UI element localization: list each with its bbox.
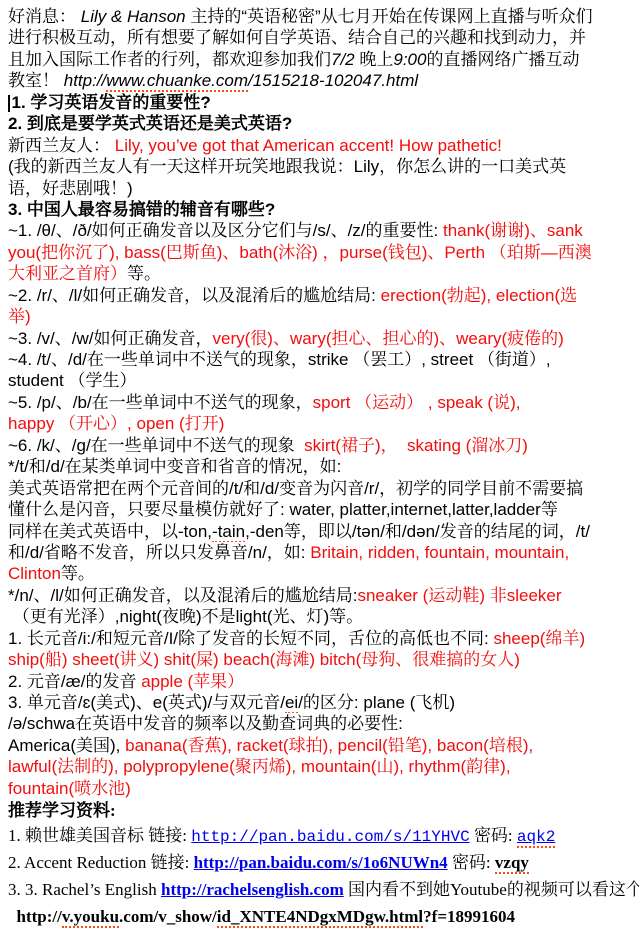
text-segment: very(很)、wary(担心、担心的)、weary(疲倦的) (213, 329, 564, 348)
n-l-note-line-2: （更有光泽）,night(夜晚)不是light(光、灯)等。 (8, 606, 639, 627)
text-segment: thank(谢谢)、sank (443, 221, 583, 240)
text-segment: 2. 元音/æ/的发音 (8, 672, 141, 691)
text-segment: id_XNTE4NDgxMDgw.html (217, 907, 423, 928)
text-segment: 晚上 (359, 50, 393, 69)
text-segment: Britain, ridden, fountain, mountain, (310, 543, 569, 562)
text-segment: 等。 (61, 564, 95, 583)
n-l-note-line-1: */n/、/l/如何正确发音，以及混淆后的尴尬结局:sneaker (运动鞋) … (8, 585, 639, 606)
text-segment: ,-den等，即以/tən/和/dən/发音的结尾的词，/t/ (245, 522, 590, 541)
flap-note-line-2: 懂什么是闪音，只要尽量模仿就好了: water, platter,interne… (8, 499, 639, 520)
text-segment: 1. 赖世雄美国音标 链接: (8, 826, 191, 845)
schwa-examples-line-2: lawful(法制的), polypropylene(聚丙烯), mountai… (8, 756, 639, 777)
consonant-item-2-line-1: ~2. /r/、/l/如何正确发音，以及混淆后的尴尬结局: erection(勃… (8, 285, 639, 306)
text-segment: ~5. /p/、/b/在一些单词中不送气的现象， (8, 393, 313, 412)
text-segment: .com/v_show/ (119, 907, 217, 926)
baidu-link-1[interactable]: http://pan.baidu.com/s/11YHVC (191, 828, 469, 846)
schwa-examples-line-3: fountain(喷水池) (8, 778, 639, 799)
text-segment: 的直播网络广播互动 (426, 50, 579, 69)
text-segment: sport （运动） , speak (说), (313, 393, 521, 412)
text-segment: 密码: (470, 826, 517, 845)
text-segment: lawful(法制的), polypropylene(聚丙烯), mountai… (8, 757, 511, 776)
text-segment: 好消息： (8, 7, 81, 26)
flap-note-line-1: 美式英语常把在两个元音间的/t/和/d/变音为闪音/r/，初学的同学目前不需要搞 (8, 478, 639, 499)
flap-note-line-5: Clinton等。 (8, 563, 639, 584)
document-body: 好消息： Lily & Hanson 主持的“英语秘密”从七月开始在传课网上直播… (8, 6, 639, 929)
flap-note-line-4: 和/d/省略不发音，所以只发鼻音/n/，如: Britain, ridden, … (8, 542, 639, 563)
text-segment: banana(香蕉), racket(球拍), pencil(铅笔), baco… (125, 736, 533, 755)
consonant-item-4-line-2: student （学生） (8, 370, 639, 391)
text-segment: (我的新西兰友人有一天这样开玩笑地跟我说：Lily，你怎么讲的一口美式英 (8, 157, 566, 176)
text-segment: 美式英语常把在两个元音间的/t/和/d/变音为闪音/r/，初学的同学目前不需要搞 (8, 479, 583, 498)
schwa-note: /ə/schwa在英语中发音的频率以及勤查词典的必要性: (8, 713, 639, 734)
text-segment: 1. 长元音/i:/和短元音/I/除了发音的长短不同，舌位的高低也不同: (8, 629, 493, 648)
text-segment: 2. Accent Reduction 链接: (8, 853, 194, 872)
text-segment: ?f=18991604 (423, 907, 515, 926)
consonant-item-1-line-3: 大利亚之首府）等。 (8, 263, 639, 284)
schwa-examples-line-1: America(美国), banana(香蕉), racket(球拍), pen… (8, 735, 639, 756)
consonant-item-6: ~6. /k/、/g/在一些单词中不送气的现象 skirt(裙子)， skati… (8, 435, 639, 456)
anecdote-quote: 新西兰友人： Lily, you’ve got that American ac… (8, 135, 639, 156)
text-segment: /ə/schwa在英语中发音的频率以及勤查词典的必要性: (8, 714, 403, 733)
text-segment: 新西兰友人： (8, 136, 115, 155)
consonant-item-1-line-1: ~1. /θ/、/ð/如何正确发音以及区分它们与/s/、/z/的重要性: tha… (8, 220, 639, 241)
text-segment: erection(勃起), election(选 (381, 286, 578, 305)
text-segment: 同样在美式英语中，以-ton, (8, 522, 212, 541)
text-segment: 3. 3. Rachel’s English (8, 880, 161, 899)
vowel-item-2: 2. 元音/æ/的发音 apple (苹果） (8, 671, 639, 692)
text-segment: 懂什么是闪音，只要尽量模仿就好了: water, platter,interne… (8, 500, 558, 519)
text-segment: ei (285, 693, 298, 713)
document-page: 好消息： Lily & Hanson 主持的“英语秘密”从七月开始在传课网上直播… (0, 0, 643, 929)
text-segment: 和/d/省略不发音，所以只发鼻音/n/，如: (8, 543, 310, 562)
text-segment: 主持的“英语秘密”从七月开始在传课网上直播与听众们 (190, 7, 592, 26)
question-3-heading: 3. 中国人最容易搞错的辅音有哪些? (8, 199, 639, 220)
text-segment: apple (苹果） (141, 672, 244, 691)
rachels-english-link[interactable]: http://rachelsenglish.com (161, 880, 344, 899)
text-segment: you(把你沉了), bass(巴斯鱼)、bath(沐浴) ，purse(钱包)… (8, 243, 592, 262)
resource-1: 1. 赖世雄美国音标 链接: http://pan.baidu.com/s/11… (8, 822, 639, 849)
consonant-item-5-line-1: ~5. /p/、/b/在一些单词中不送气的现象，sport （运动） , spe… (8, 392, 639, 413)
baidu-link-2[interactable]: http://pan.baidu.com/s/1o6NUWn4 (194, 853, 448, 872)
text-segment: happy （开心）, open (打开) (8, 414, 224, 433)
vowel-item-1-line-2: ship(船) sheet(讲义) shit(屎) beach(海滩) bitc… (8, 649, 639, 670)
consonant-item-2-line-2: 举) (8, 306, 639, 327)
text-segment: America(美国), (8, 736, 125, 755)
text-cursor (8, 95, 10, 112)
resource-3-url: http://v.youku.com/v_show/id_XNTE4NDgxMD… (8, 903, 639, 929)
text-segment: /的区分: plane (飞机) (298, 693, 455, 712)
text-segment: www.chuanke.com (106, 71, 248, 91)
text-segment: */t/和/d/在某类单词中变音和省音的情况，如: (8, 457, 341, 476)
text-segment: 9:00 (393, 50, 426, 69)
intro-line-4: 教室！ http://www.chuanke.com/1515218-10204… (8, 70, 639, 91)
resources-heading: 推荐学习资料: (8, 799, 639, 822)
text-segment: ~4. /t/、/d/在一些单词中不送气的现象，strike （罢工）, str… (8, 350, 551, 369)
question-2-heading: 2. 到底是要学英式英语还是美式英语? (8, 113, 639, 134)
text-segment: ~3. /v/、/w/如何正确发音， (8, 329, 213, 348)
consonant-item-1-line-2: you(把你沉了), bass(巴斯鱼)、bath(沐浴) ，purse(钱包)… (8, 242, 639, 263)
intro-line-1: 好消息： Lily & Hanson 主持的“英语秘密”从七月开始在传课网上直播… (8, 6, 639, 27)
text-segment: http:// (64, 71, 107, 90)
text-segment: 密码: (448, 853, 495, 872)
password-2: vzqy (495, 853, 529, 874)
text-segment: 语，好悲剧哦！) (8, 179, 133, 198)
text-segment: Clinton (8, 564, 61, 583)
text-segment: 举) (8, 307, 31, 326)
text-segment: student （学生） (8, 371, 137, 390)
flap-note-line-3: 同样在美式英语中，以-ton,-tain,-den等，即以/tən/和/dən/… (8, 521, 639, 542)
text-segment: 推荐学习资料: (8, 801, 116, 820)
intro-line-3: 且加入国际工作者的行列，都欢迎参加我们7/2 晚上9:00的直播网络广播互动 (8, 49, 639, 70)
text-segment: sneaker (运动鞋) 非sleeker (357, 586, 561, 605)
resource-2: 2. Accent Reduction 链接: http://pan.baidu… (8, 849, 639, 876)
text-segment: 3. 中国人最容易搞错的辅音有哪些? (8, 200, 275, 219)
text-segment: 大利亚之首府） (8, 264, 127, 283)
text-segment: http:// (8, 907, 62, 926)
text-segment: 7/2 (331, 50, 359, 69)
consonant-item-3: ~3. /v/、/w/如何正确发音，very(很)、wary(担心、担心的)、w… (8, 328, 639, 349)
text-segment: 进行积极互动，所有想要了解如何自学英语、结合自己的兴趣和找到动力，并 (8, 28, 586, 47)
resource-3: 3. 3. Rachel’s English http://rachelseng… (8, 876, 639, 903)
text-segment: fountain(喷水池) (8, 779, 131, 798)
vowel-item-3: 3. 单元音/ɛ(美式)、e(英式)/与双元音/ei/的区分: plane (飞… (8, 692, 639, 713)
vowel-item-1-line-1: 1. 长元音/i:/和短元音/I/除了发音的长短不同，舌位的高低也不同: she… (8, 628, 639, 649)
text-segment: ~2. /r/、/l/如何正确发音，以及混淆后的尴尬结局: (8, 286, 381, 305)
text-segment: /1515218-102047.html (248, 71, 418, 90)
text-segment: v.youku (62, 907, 119, 928)
text-segment: 等。 (127, 264, 161, 283)
password-link-1[interactable]: aqk2 (517, 828, 555, 848)
text-segment: */n/、/l/如何正确发音，以及混淆后的尴尬结局: (8, 586, 357, 605)
text-segment: 1. 学习英语发音的重要性? (12, 93, 211, 112)
text-segment: ~6. /k/、/g/在一些单词中不送气的现象 (8, 436, 304, 455)
consonant-item-4-line-1: ~4. /t/、/d/在一些单词中不送气的现象，strike （罢工）, str… (8, 349, 639, 370)
intro-line-2: 进行积极互动，所有想要了解如何自学英语、结合自己的兴趣和找到动力，并 (8, 27, 639, 48)
flap-note-heading: */t/和/d/在某类单词中变音和省音的情况，如: (8, 456, 639, 477)
consonant-item-5-line-2: happy （开心）, open (打开) (8, 413, 639, 434)
text-segment: sheep(绵羊) (493, 629, 585, 648)
text-segment: 2. 到底是要学英式英语还是美式英语? (8, 114, 292, 133)
text-segment: Lily, you’ve got that American accent! H… (115, 136, 502, 155)
text-segment: 教室！ (8, 71, 64, 90)
text-segment: （更有光泽）,night(夜晚)不是light(光、灯)等。 (8, 607, 363, 626)
text-segment: ship(船) sheet(讲义) shit(屎) beach(海滩) bitc… (8, 650, 520, 669)
text-segment: 且加入国际工作者的行列，都欢迎参加我们 (8, 50, 331, 69)
question-1-heading: 1. 学习英语发音的重要性? (8, 92, 639, 113)
text-segment: -tain (212, 522, 245, 542)
anecdote-translation-1: (我的新西兰友人有一天这样开玩笑地跟我说：Lily，你怎么讲的一口美式英 (8, 156, 639, 177)
anecdote-translation-2: 语，好悲剧哦！) (8, 178, 639, 199)
text-segment: ~1. /θ/、/ð/如何正确发音以及区分它们与/s/、/z/的重要性: (8, 221, 443, 240)
text-segment: skirt(裙子)， skating (溜冰刀) (304, 436, 528, 455)
text-segment: 3. 单元音/ɛ(美式)、e(英式)/与双元音/ (8, 693, 285, 712)
text-segment: Lily & Hanson (81, 7, 191, 26)
text-segment: 国内看不到她Youtube的视频可以看这个～ (344, 880, 639, 899)
